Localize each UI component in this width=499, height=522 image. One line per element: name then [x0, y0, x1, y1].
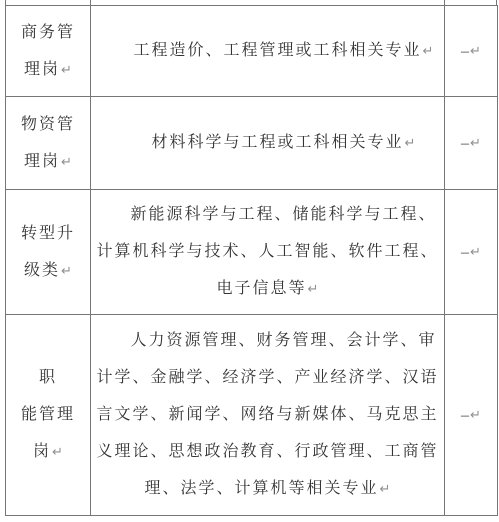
- position-text-line: 物资管: [6, 106, 90, 143]
- dash-remark: –: [461, 33, 469, 70]
- majors-text-line: 理、法学、计算机等相关专业↵: [91, 470, 444, 508]
- paragraph-return-mark: ↵: [61, 63, 72, 78]
- document-page: 商务管 理岗↵ 工程造价、工程管理或工科相关专业↵ –↵: [0, 0, 499, 522]
- table-row: 商务管 理岗↵ 工程造价、工程管理或工科相关专业↵ –↵: [6, 6, 498, 97]
- remark-cell: –↵: [445, 315, 498, 516]
- paragraph-return-mark: ↵: [308, 282, 319, 297]
- position-cell: 职 能管理 岗↵: [6, 315, 91, 516]
- majors-cell: 人力资源管理、财务管理、会计学、审 计学、金融学、经济学、产业经济学、汉语 言文…: [91, 315, 445, 516]
- paragraph-return-mark: ↵: [405, 136, 416, 151]
- table-row: 转型升 级类↵ 新能源科学与工程、储能科学与工程、 计算机科学与技术、人工智能、…: [6, 190, 498, 315]
- majors-cell: 新能源科学与工程、储能科学与工程、 计算机科学与技术、人工智能、软件工程、 电子…: [91, 190, 445, 315]
- dash-remark: –: [461, 397, 469, 434]
- paragraph-return-mark: ↵: [61, 264, 72, 279]
- paragraph-return-mark: ↵: [61, 155, 72, 170]
- position-text-line: 能管理: [6, 396, 90, 433]
- position-cell: 转型升 级类↵: [6, 190, 91, 315]
- position-text-line: 转型升: [6, 215, 90, 252]
- table-row: 物资管 理岗↵ 材料科学与工程或工科相关专业↵ –↵: [6, 97, 498, 190]
- paragraph-return-mark: ↵: [470, 234, 481, 271]
- majors-text-line: 材料科学与工程或工科相关专业↵: [91, 124, 444, 162]
- paragraph-return-mark: ↵: [470, 33, 481, 70]
- position-text-line: 理岗↵: [6, 143, 90, 181]
- position-text-line: 理岗↵: [6, 51, 90, 89]
- position-text-line: 级类↵: [6, 252, 90, 290]
- majors-text-line: 言文学、新闻学、网络与新媒体、马克思主: [91, 396, 444, 433]
- position-text-line: 岗↵: [6, 433, 90, 471]
- majors-text-line: 计算机科学与技术、人工智能、软件工程、: [91, 233, 444, 270]
- majors-cell: 工程造价、工程管理或工科相关专业↵: [91, 6, 445, 97]
- paragraph-return-mark: ↵: [470, 125, 481, 162]
- remark-cell: –↵: [445, 6, 498, 97]
- position-cell: 商务管 理岗↵: [6, 6, 91, 97]
- majors-text-line: 义理论、思想政治教育、行政管理、工商管: [91, 433, 444, 470]
- majors-text-line: 人力资源管理、财务管理、会计学、审: [91, 322, 444, 359]
- remark-cell: –↵: [445, 97, 498, 190]
- majors-text-line: 新能源科学与工程、储能科学与工程、: [91, 196, 444, 233]
- paragraph-return-mark: ↵: [380, 482, 391, 497]
- majors-text-line: 工程造价、工程管理或工科相关专业↵: [91, 32, 444, 70]
- majors-text-line: 计学、金融学、经济学、产业经济学、汉语: [91, 359, 444, 396]
- paragraph-return-mark: ↵: [423, 44, 434, 59]
- paragraph-return-mark: ↵: [52, 445, 63, 460]
- position-text-line: 职: [6, 359, 90, 396]
- position-text-line: 商务管: [6, 14, 90, 51]
- paragraph-return-mark: ↵: [470, 397, 481, 434]
- positions-majors-table: 商务管 理岗↵ 工程造价、工程管理或工科相关专业↵ –↵: [5, 5, 498, 516]
- table-row: 职 能管理 岗↵ 人力资源管理、财务管理、会计学、审 计学、金融学、经济学、产业…: [6, 315, 498, 516]
- remark-cell: –↵: [445, 190, 498, 315]
- majors-cell: 材料科学与工程或工科相关专业↵: [91, 97, 445, 190]
- position-cell: 物资管 理岗↵: [6, 97, 91, 190]
- dash-remark: –: [461, 234, 469, 271]
- majors-text-line: 电子信息等↵: [91, 270, 444, 308]
- dash-remark: –: [461, 125, 469, 162]
